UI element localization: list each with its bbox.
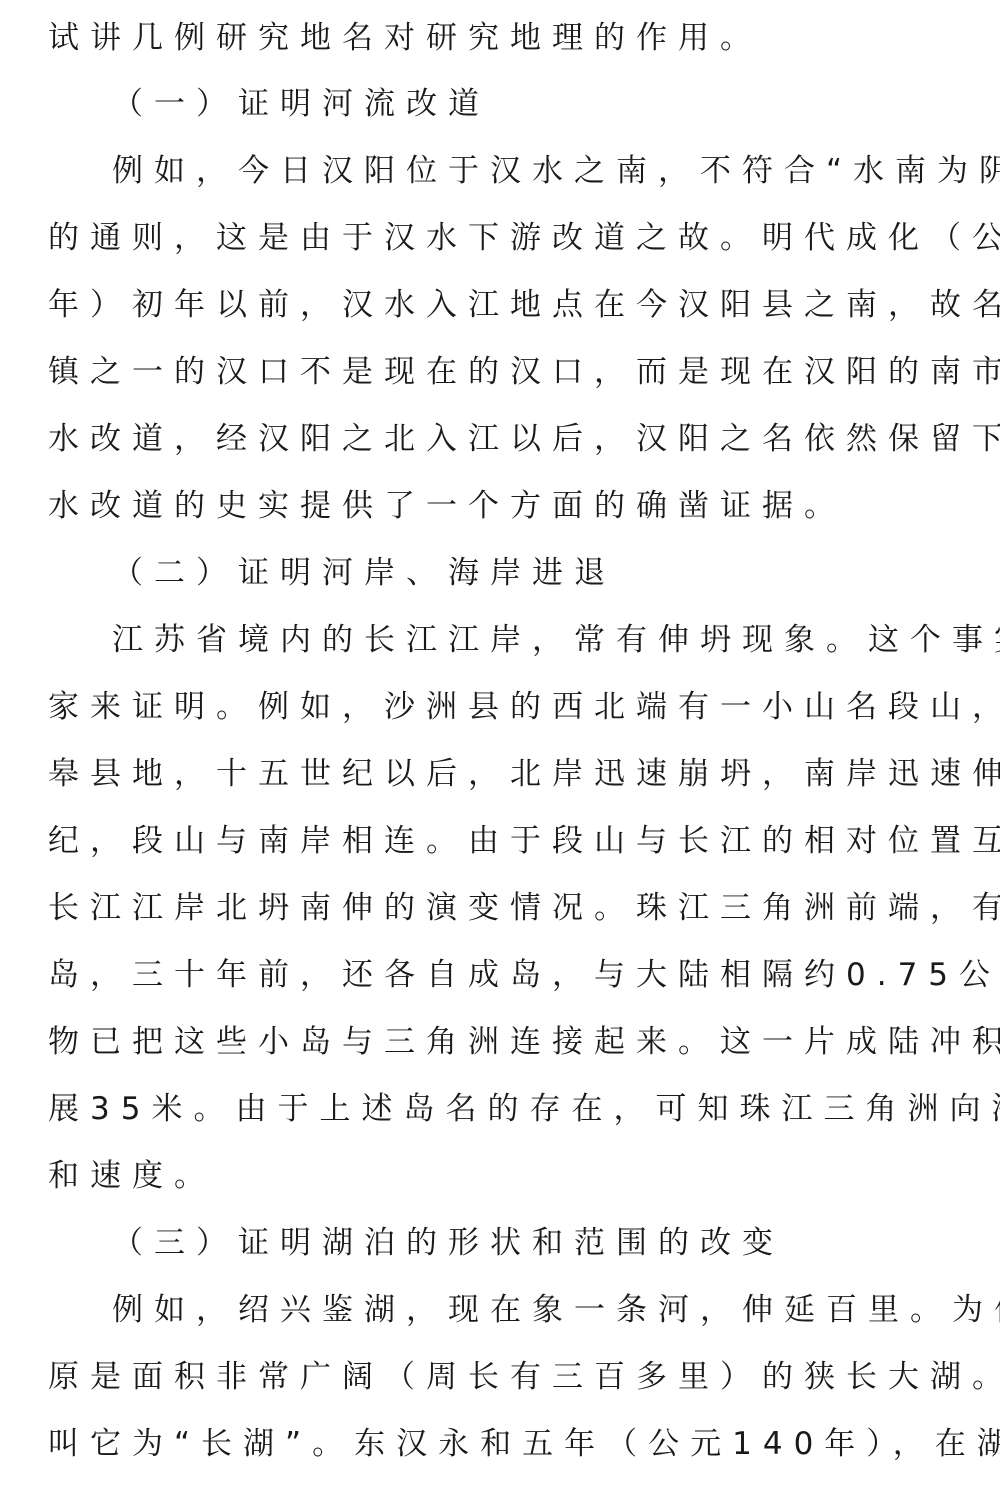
- paragraph-line: 皋县地，十五世纪以后，北岸迅速崩坍，南岸迅速伸长，到了十七世: [48, 754, 958, 821]
- paragraph-line: 原是面积非常广阔（周长有三百多里）的狭长大湖。《水经注》上又: [48, 1357, 958, 1424]
- paragraph-line: 岛，三十年前，还各自成岛，与大陆相隔约0.75公里。现在，冲积: [48, 955, 958, 1022]
- paragraph-line: 长江江岸北坍南伸的演变情况。珠江三角洲前端，有三灶岛、大小霖: [48, 888, 958, 955]
- document-page: 试讲几例研究地名对研究地理的作用。 （一）证明河流改道 例如，今日汉阳位于汉水之…: [0, 0, 1000, 1500]
- section-heading-3: （三）证明湖泊的形状和范围的改变: [112, 1223, 1000, 1290]
- paragraph-line: 水改道，经汉阳之北入江以后，汉阳之名依然保留下来。因此，对汉: [48, 419, 958, 486]
- paragraph-line: 物已把这些小岛与三角洲连接起来。这一片成陆冲积物平均每年约伸: [48, 1022, 958, 1089]
- paragraph-line: 江苏省境内的长江江岸，常有伸坍现象。这个事实，可从地名搬: [112, 620, 1000, 687]
- paragraph-line: 例如，今日汉阳位于汉水之南，不符合“水南为阴，水北为阳”: [112, 151, 1000, 218]
- text-line-intro: 试讲几例研究地名对研究地理的作用。: [48, 18, 958, 85]
- paragraph-line: 展35米。由于上述岛名的存在，可知珠江三角洲向海上伸展的势态: [48, 1089, 958, 1156]
- paragraph-line: 镇之一的汉口不是现在的汉口，而是现在汉阳的南市。自成化初年汉: [48, 352, 958, 419]
- paragraph-line: 和速度。: [48, 1156, 958, 1223]
- paragraph-line: 例如，绍兴鉴湖，现在象一条河，伸延百里。为什么称湖？鉴湖: [112, 1290, 1000, 1357]
- paragraph-line: 家来证明。例如，沙洲县的西北端有一小山名段山，原是长江北岸如: [48, 687, 958, 754]
- paragraph-line: 叫它为“长湖”。东汉永和五年（公元140年），在湖边修筑大堤，建: [48, 1424, 958, 1491]
- paragraph-line: 年）初年以前，汉水入江地点在今汉阳县之南，故名汉阳。宋代四大: [48, 285, 958, 352]
- section-heading-1: （一）证明河流改道: [112, 84, 1000, 151]
- paragraph-line: 的通则，这是由于汉水下游改道之故。明代成化（公元1465—1487: [48, 218, 958, 285]
- paragraph-line: 水改道的史实提供了一个方面的确凿证据。: [48, 486, 958, 553]
- section-heading-2: （二）证明河岸、海岸进退: [112, 553, 1000, 620]
- paragraph-line: 纪，段山与南岸相连。由于段山与长江的相对位置互变，可证明那段: [48, 821, 958, 888]
